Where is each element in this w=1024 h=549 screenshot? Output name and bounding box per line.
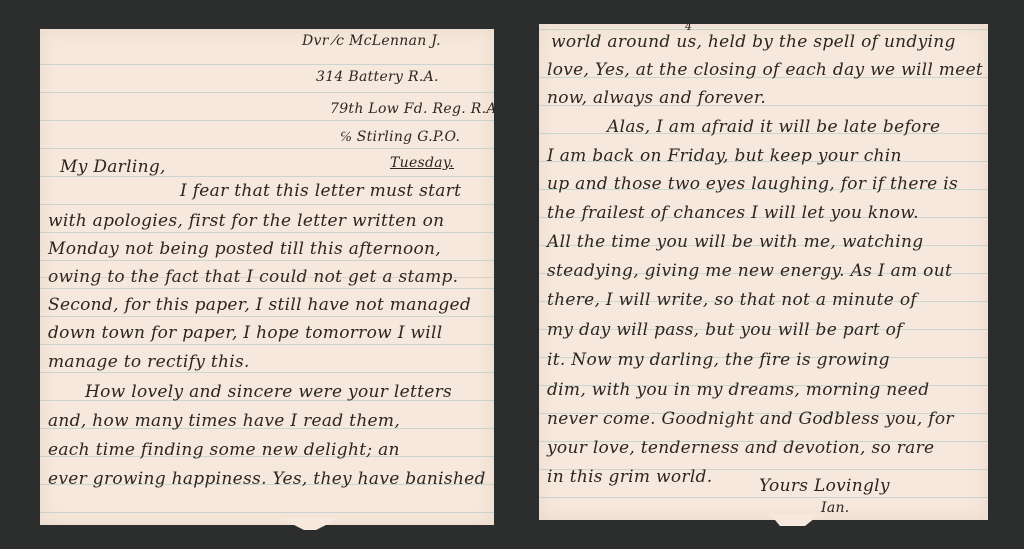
letter-page-right: 4 world around us, held by the spell of … (539, 24, 988, 520)
letter-line: each time finding some new delight; an (48, 440, 400, 460)
letter-line: with apologies, first for the letter wri… (48, 211, 444, 231)
date-weekday: Tuesday. (390, 155, 454, 171)
letter-line: All the time you will be with me, watchi… (547, 232, 923, 252)
letter-line: I fear that this letter must start (180, 181, 461, 201)
letter-line: Monday not being posted till this aftern… (48, 239, 441, 259)
letter-line: my day will pass, but you will be part o… (547, 320, 903, 340)
address-line-1: Dvr ⁄c McLennan J. (302, 33, 441, 49)
letter-line: down town for paper, I hope tomorrow I w… (48, 323, 442, 343)
letter-line: there, I will write, so that not a minut… (547, 290, 917, 310)
paper-fold (40, 277, 494, 278)
letter-line: I am back on Friday, but keep your chin (547, 146, 902, 166)
letter-page-left: Dvr ⁄c McLennan J. 314 Battery R.A. 79th… (40, 29, 494, 525)
letter-line: up and those two eyes laughing, for if t… (547, 174, 958, 194)
letter-line: world around us, held by the spell of un… (551, 32, 956, 52)
salutation: My Darling, (60, 157, 166, 177)
letter-line: Alas, I am afraid it will be late before (607, 117, 940, 137)
letter-line: Second, for this paper, I still have not… (48, 295, 471, 315)
letter-line: ever growing happiness. Yes, they have b… (48, 469, 486, 489)
letter-line: and, how many times have I read them, (48, 411, 400, 431)
letter-line: love, Yes, at the closing of each day we… (547, 60, 983, 80)
signature: Ian. (821, 500, 850, 516)
letter-line: dim, with you in my dreams, morning need (547, 380, 929, 400)
letter-line: the frailest of chances I will let you k… (547, 203, 919, 223)
letter-line: in this grim world. (547, 467, 712, 487)
letter-line: never come. Goodnight and Godbless you, … (547, 409, 954, 429)
torn-edge (770, 514, 820, 526)
address-line-4: ℅ Stirling G.P.O. (340, 129, 460, 146)
letter-line: your love, tenderness and devotion, so r… (547, 438, 934, 458)
letter-line: it. Now my darling, the fire is growing (547, 350, 890, 370)
letter-line: How lovely and sincere were your letters (85, 382, 452, 402)
closing: Yours Lovingly (759, 476, 890, 496)
letter-line: steadying, giving me new energy. As I am… (547, 261, 952, 281)
letter-line: manage to rectify this. (48, 352, 250, 372)
address-line-3: 79th Low Fd. Reg. R.A. (330, 101, 501, 117)
address-line-2: 314 Battery R.A. (316, 69, 439, 85)
letter-line: now, always and forever. (547, 88, 766, 108)
